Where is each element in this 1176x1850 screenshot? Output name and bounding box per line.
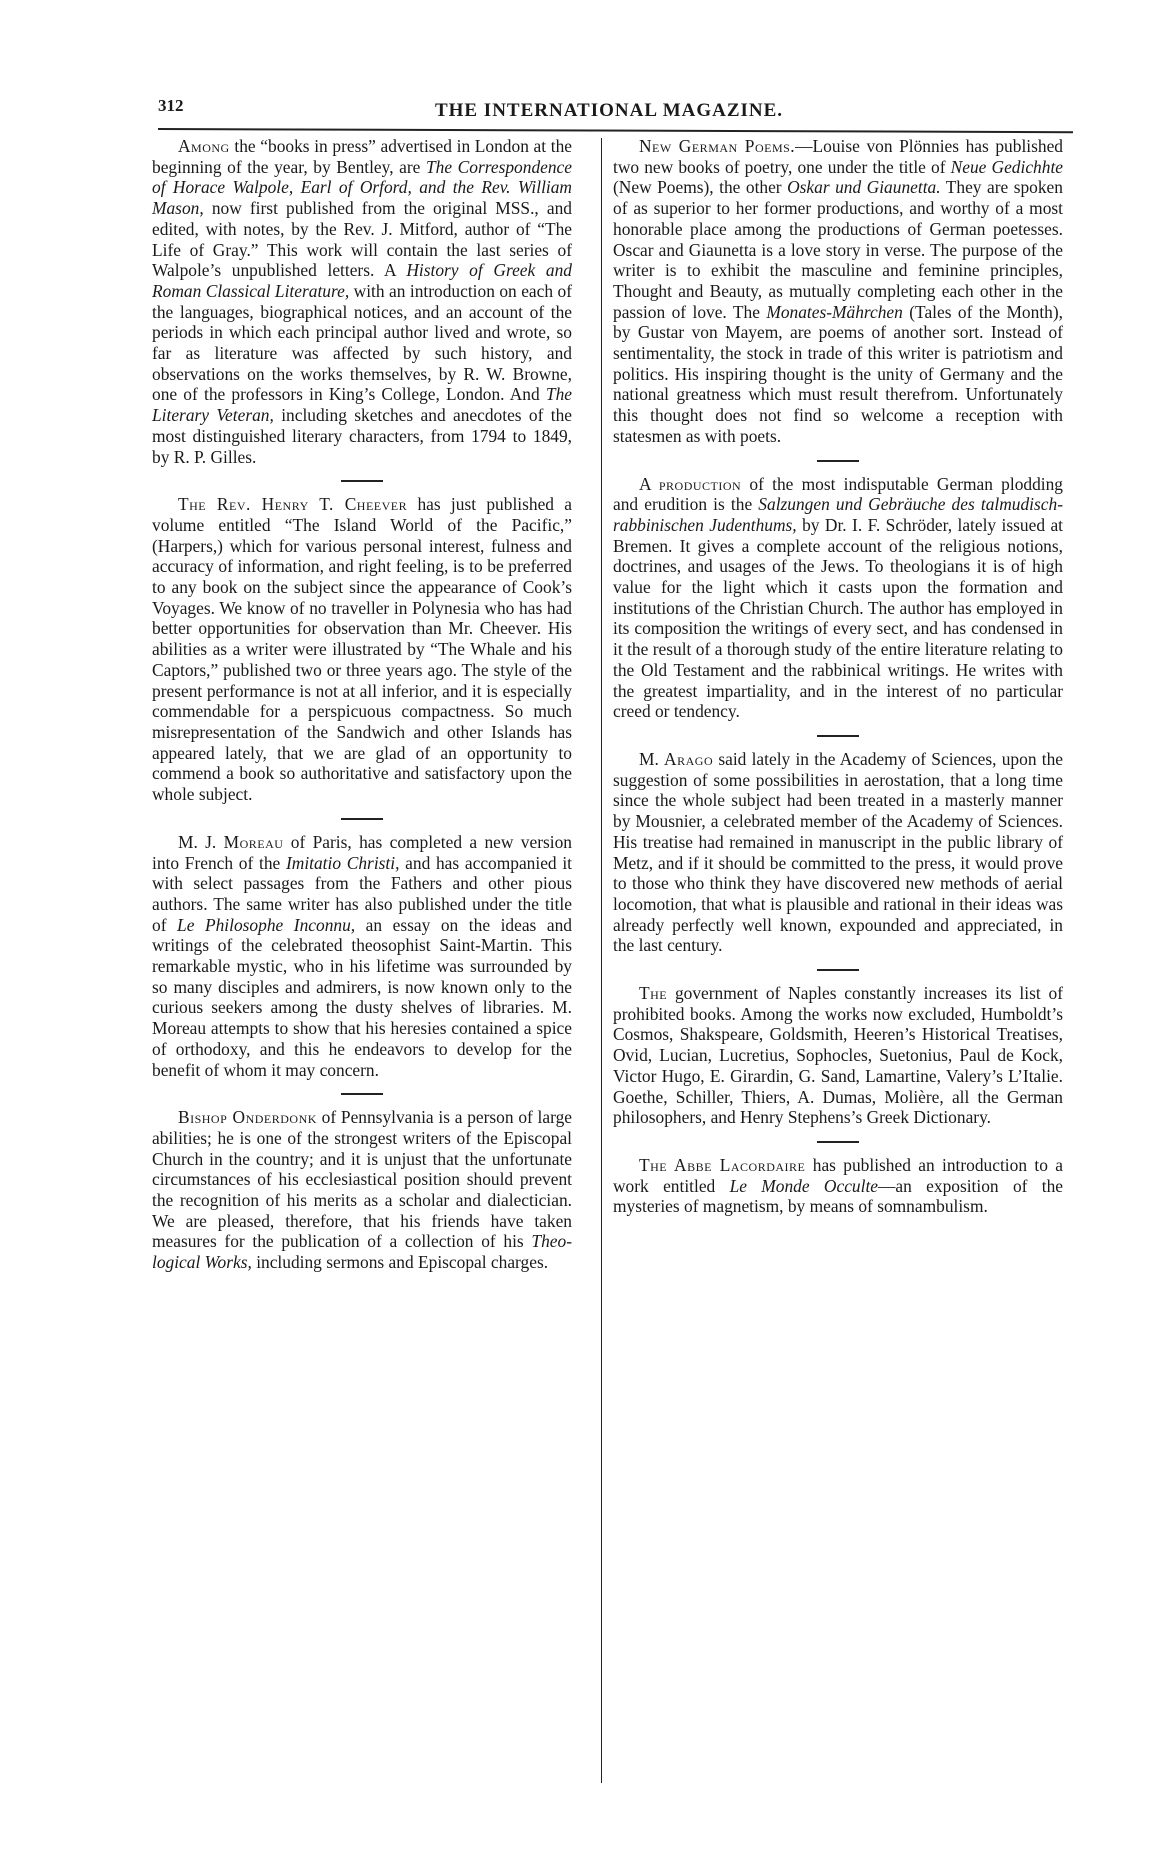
small-caps-lead: production — [659, 474, 741, 494]
small-caps-lead: The Rev. Henry T. Cheever — [178, 494, 407, 514]
left-column: Among the “books in press” advertised in… — [152, 136, 572, 1273]
page-header: 312 THE INTERNATIONAL MAGAZINE. — [158, 96, 1060, 128]
small-caps-lead: The Abbe Lacordaire — [639, 1155, 805, 1175]
magazine-page: 312 THE INTERNATIONAL MAGAZINE. Among th… — [0, 0, 1176, 1850]
section-separator — [341, 480, 383, 482]
body-text: including sermons and Episco­pal charges… — [252, 1252, 548, 1272]
running-title: THE INTERNATIONAL MAGAZINE. — [158, 100, 1060, 122]
section-separator — [817, 735, 859, 737]
italic-title: Oskar und Giaunetta. — [787, 177, 940, 197]
body-text: has just pub­lished a volume entitled “T… — [152, 494, 572, 804]
italic-title: Neue Gedichhte — [951, 157, 1063, 177]
small-caps-lead: The — [639, 983, 667, 1003]
body-text: M. J. — [178, 832, 224, 852]
right-column: New German Poems.—Louise von Plönnies ha… — [613, 136, 1063, 1217]
body-text: They are spo­ken of as superior to her f… — [613, 177, 1063, 321]
body-text: government of Naples constantly in­creas… — [613, 983, 1063, 1127]
italic-title: Imitatio Chris­ti, — [286, 853, 399, 873]
section-separator — [817, 969, 859, 971]
body-text: said lately in the Academy of Sciences, … — [613, 749, 1063, 955]
column-divider — [601, 138, 602, 1783]
body-text: by Dr. I. F. Schröder, lately issued at … — [613, 515, 1063, 721]
section-separator — [817, 460, 859, 462]
small-caps-lead: Moreau — [224, 832, 284, 852]
small-caps-lead: Among — [178, 136, 230, 156]
body-text: an essay on the ideas and writings of th… — [152, 915, 572, 1080]
section-separator — [341, 818, 383, 820]
body-text: (Tales of the Month), by Gustar von Maye… — [613, 302, 1063, 446]
body-text: A — [639, 474, 659, 494]
article-arago: M. Arago said lately in the Academy of S… — [613, 749, 1063, 956]
article-onderdonk: Bishop Onderdonk of Pennsylvania is a pe… — [152, 1107, 572, 1273]
small-caps-lead: Arago — [664, 749, 713, 769]
italic-title: Monates-Mährchen — [766, 302, 903, 322]
article-lacordaire: The Abbe Lacordaire has published an int… — [613, 1155, 1063, 1217]
section-separator — [341, 1093, 383, 1095]
article-german-poems: New German Poems.—Louise von Plönnies ha… — [613, 136, 1063, 447]
italic-title: Le Philosophe Inconnu, — [177, 915, 355, 935]
small-caps-lead: New German Poems. — [639, 136, 795, 156]
body-text: (New Poems), the other — [613, 177, 787, 197]
article-moreau: M. J. Moreau of Paris, has completed a n… — [152, 832, 572, 1080]
small-caps-lead: Bishop Onderdonk — [178, 1107, 317, 1127]
section-separator — [817, 1141, 859, 1143]
article-cheever: The Rev. Henry T. Cheever has just pub­l… — [152, 494, 572, 805]
body-text: of Pennsylvania is a per­son of large ab… — [152, 1107, 572, 1251]
article-walpole-books: Among the “books in press” advertised in… — [152, 136, 572, 467]
body-text: M. — [639, 749, 664, 769]
article-naples-prohibited: The government of Naples constantly in­c… — [613, 983, 1063, 1128]
header-rule — [158, 128, 1073, 133]
article-schroder: A production of the most indisputable Ge… — [613, 474, 1063, 722]
italic-title: Le Monde Occulte — [730, 1176, 878, 1196]
